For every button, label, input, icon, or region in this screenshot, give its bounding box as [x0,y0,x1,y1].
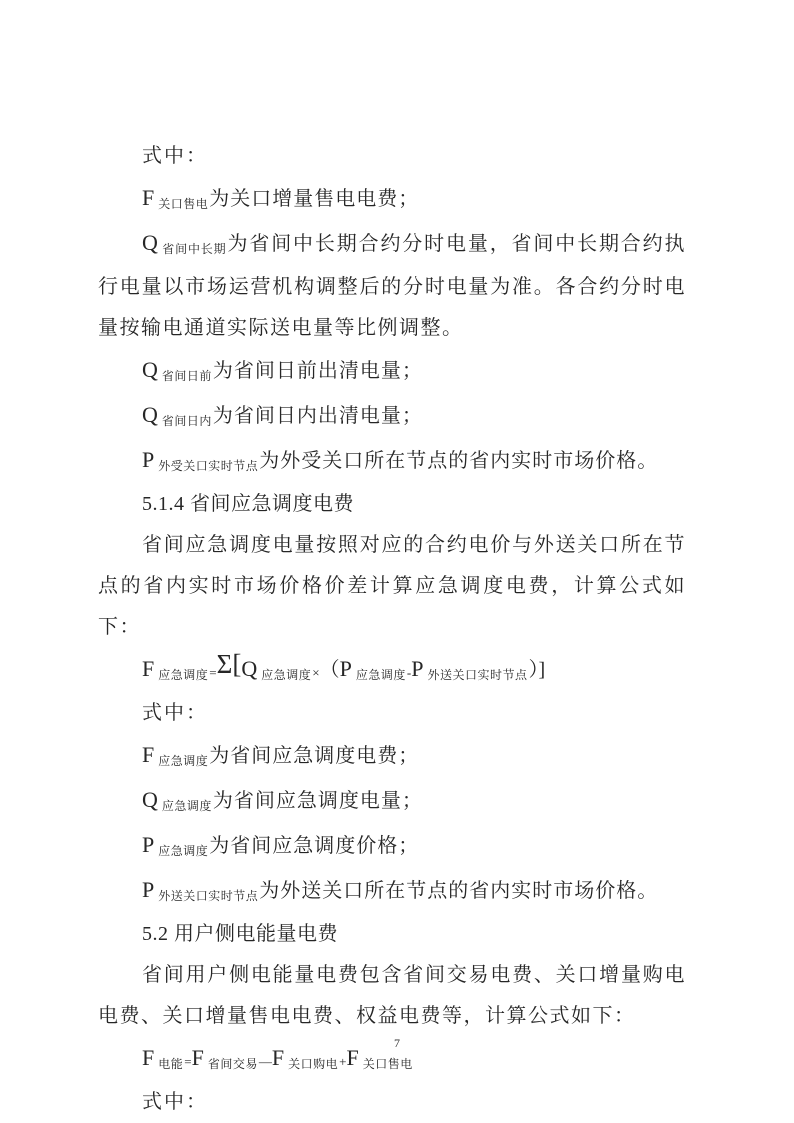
formula-variable: F [142,742,154,767]
def-P-inbound-gateway-realtime-node: P外受关口实时节点为外受关口所在节点的省内实时市场价格。 [98,439,686,484]
formula-operator: = [209,665,216,680]
formula-variable: Q [142,402,158,427]
text-run: （ [320,659,340,681]
formula-subscript: 应急调度 [261,668,311,682]
page-footer: 7 [0,1034,794,1052]
formula-subscript: 外送关口实时节点 [427,668,527,682]
text-run: 为省间日内出清电量； [213,405,423,427]
formula-subscript: 应急调度 [158,754,208,768]
formula-legend-intro-3: 式中： [98,1082,686,1123]
para-user-side-energy-fee-description: 省间用户侧电能量电费包含省间交易电费、关口增量购电电费、关口增量售电电费、权益电… [98,955,686,1037]
formula-variable: P [340,656,352,681]
text-run: 式中： [142,702,208,724]
formula-subscript: 应急调度 [162,799,212,813]
formula-operator: + [339,1054,346,1069]
formula-variable: Q [142,230,158,255]
text-run: 式中： [142,145,208,167]
formula-emergency-dispatch-fee: F应急调度=Σ[Q应急调度×（P应急调度-P外送关口实时节点）] [98,648,686,693]
text-run: 为省间应急调度电量； [213,790,423,812]
document-page: 式中：F关口售电为关口增量售电电费；Q省间中长期为省间中长期合约分时电量，省间中… [0,0,794,1123]
def-Q-emergency-dispatch: Q应急调度为省间应急调度电量； [98,779,686,824]
formula-subscript: 外受关口实时节点 [158,459,258,473]
formula-subscript: 电能 [158,1057,183,1071]
formula-operator: = [184,1054,191,1069]
heading-5-1-4: 5.1.4 省间应急调度电费 [98,484,686,525]
formula-subscript: 应急调度 [158,668,208,682]
formula-subscript: 关口售电 [158,197,208,211]
text-run: 为关口增量售电电费； [209,188,419,210]
formula-legend-intro-2: 式中： [98,693,686,734]
text-run: 为省间日前出清电量； [213,360,423,382]
formula-legend-intro-1: 式中： [98,136,686,177]
heading-5-2: 5.2 用户侧电能量电费 [98,914,686,955]
text-run: 5.2 用户侧电能量电费 [142,923,338,945]
formula-operator: — [259,1054,272,1069]
sigma-summation-symbol: Σ[ [217,649,242,679]
formula-subscript: 关口购电 [288,1057,338,1071]
def-Q-interprovincial-day-ahead: Q省间日前为省间日前出清电量； [98,349,686,394]
formula-subscript: 省间日前 [162,369,212,383]
formula-operator: × [312,665,319,680]
def-Q-interprovincial-intraday: Q省间日内为省间日内出清电量； [98,394,686,439]
text-run: 为省间应急调度电费； [209,745,419,767]
text-run: 5.1.4 省间应急调度电费 [142,493,354,515]
formula-variable: Q [142,787,158,812]
text-run: 省间应急调度电量按照对应的合约电价与外送关口所在节点的省内实时市场价格价差计算应… [98,534,686,638]
formula-subscript: 应急调度 [356,668,406,682]
para-Q-interprovincial-mid-long-term: Q省间中长期为省间中长期合约分时电量，省间中长期合约执行电量以市场运营机构调整后… [98,222,686,349]
text-run: 为外送关口所在节点的省内实时市场价格。 [259,880,658,902]
text-run: 为外受关口所在节点的省内实时市场价格。 [259,450,658,472]
formula-subscript: 应急调度 [158,844,208,858]
formula-variable: P [142,832,154,857]
formula-variable: P [142,447,154,472]
formula-variable: F [142,656,154,681]
formula-variable: Q [241,656,257,681]
text-run: 为省间应急调度价格； [209,835,419,857]
document-body: 式中：F关口售电为关口增量售电电费；Q省间中长期为省间中长期合约分时电量，省间中… [98,136,686,1123]
formula-subscript: 外送关口实时节点 [158,889,258,903]
formula-variable: P [142,877,154,902]
formula-operator: - [407,665,411,680]
formula-subscript: 省间交易 [208,1057,258,1071]
def-P-outbound-gateway-realtime-node: P外送关口实时节点为外送关口所在节点的省内实时市场价格。 [98,869,686,914]
formula-subscript: 关口售电 [363,1057,413,1071]
formula-variable: Q [142,357,158,382]
para-emergency-dispatch-description: 省间应急调度电量按照对应的合约电价与外送关口所在节点的省内实时市场价格价差计算应… [98,525,686,648]
formula-variable: P [411,656,423,681]
formula-subscript: 省间中长期 [162,242,227,256]
page-number: 7 [394,1036,400,1050]
text-run: 式中： [142,1091,208,1113]
text-run: 省间用户侧电能量电费包含省间交易电费、关口增量购电电费、关口增量售电电费、权益电… [98,964,686,1027]
def-F-emergency-dispatch: F应急调度为省间应急调度电费； [98,734,686,779]
def-F-gateway-sale: F关口售电为关口增量售电电费； [98,177,686,222]
text-run: ）] [528,659,545,681]
formula-variable: F [142,185,154,210]
def-P-emergency-dispatch: P应急调度为省间应急调度价格； [98,824,686,869]
formula-subscript: 省间日内 [162,414,212,428]
